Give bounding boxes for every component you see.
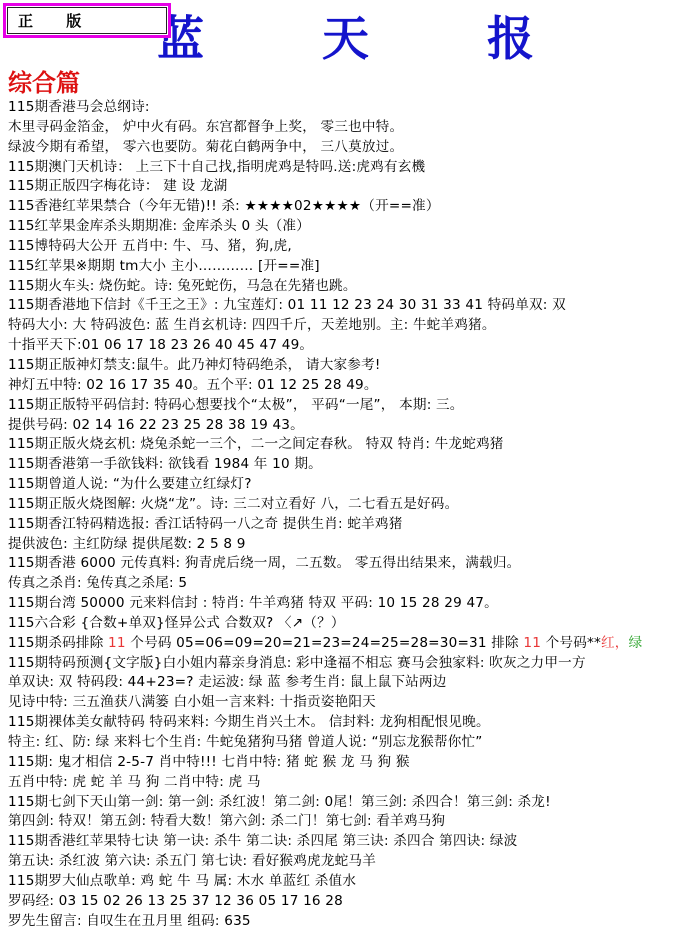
- text-line: 115期香港 6000 元传真料: 狗青虎后绕一周，二五数。 零五得出结果来，满…: [8, 554, 691, 574]
- text-line: 115期正版火烧图解: 火烧“龙”。诗: 三二对立看好 八，二七看五是好码。: [8, 495, 691, 515]
- text-line: 木里寻码金箔金， 炉中火有码。东宫都督争上奖， 零三也中特。: [8, 118, 691, 138]
- text-line: 见诗中特: 三五渔获八满篓 白小姐一言来料: 十指贡姿艳阳天: [8, 693, 691, 713]
- text-line: 115红苹果金库杀头期期准: 金库杀头 0 头（准）: [8, 217, 691, 237]
- edition-badge-label: 正 版: [7, 7, 167, 34]
- text-line: 第五诀: 杀红波 第六诀: 杀五门 第七诀: 看好猴鸡虎龙蛇马羊: [8, 852, 691, 872]
- text-line: 115期台湾 50000 元来料信封 : 特肖: 牛羊鸡猪 特双 平码: 10 …: [8, 594, 691, 614]
- text-line: 115期特码预测{文字版}白小姐内幕亲身消息: 彩中逢福不相忘 赛马会独家料: …: [8, 654, 691, 674]
- text-line: 第四剑: 特双！第五剑: 特看大数！第六剑: 杀二门！第七剑: 看羊鸡马狗: [8, 812, 691, 832]
- text-line: 115期: 鬼才相信 2-5-7 肖中特!!! 七肖中特: 猪 蛇 猴 龙 马 …: [8, 753, 691, 773]
- text-line: 特码大小: 大 特码波色: 蓝 生肖玄机诗: 四四千斤，天差地别。主: 牛蛇羊鸡…: [8, 316, 691, 336]
- text-line: 115博特码大公开 五肖中: 牛、马、猪，狗,虎,: [8, 237, 691, 257]
- text-line: 115期正版火烧玄机: 烧兔杀蛇一三个，二一之间定春秋。 特双 特肖: 牛龙蛇鸡…: [8, 435, 691, 455]
- text-line: 115期七剑下天山第一剑: 第一剑: 杀红波！第二剑: 0尾！第三剑: 杀四合！…: [8, 793, 691, 813]
- text-line: 115红苹果※期期 tm大小 主小………… [开==准]: [8, 257, 691, 277]
- text-line: 115期香港马会总纲诗:: [8, 98, 691, 118]
- text-line: 115期正版四字梅花诗： 建 设 龙湖: [8, 177, 691, 197]
- text-line: 115期香港第一手欲钱料: 欲钱看 1984 年 10 期。: [8, 455, 691, 475]
- text-line: 单双诀: 双 特码段: 44+23=? 走运波: 绿 蓝 参考生肖: 鼠上鼠下站…: [8, 673, 691, 693]
- text-line: 神灯五中特: 02 16 17 35 40。五个平: 01 12 25 28 4…: [8, 376, 691, 396]
- text-line: 115期香江特码精选报: 香江话特码一八之奇 提供生肖: 蛇羊鸡猪: [8, 515, 691, 535]
- text-line: 115香港红苹果禁合（今年无错)!! 杀: ★★★★02★★★★（开==准）: [8, 197, 691, 217]
- text-line: 115期香港地下信封《千王之王》: 九宝莲灯: 01 11 12 23 24 3…: [8, 296, 691, 316]
- text-line: 115期香港红苹果特七诀 第一诀: 杀牛 第二诀: 杀四尾 第三诀: 杀四合 第…: [8, 832, 691, 852]
- text-line: 115期裸体美女献特码 特码来料: 今期生肖兴土木。 信封料: 龙狗相配恨见晚。: [8, 713, 691, 733]
- text-line: 115期罗大仙点歌单: 鸡 蛇 牛 马 属: 木水 单蓝红 杀值水: [8, 872, 691, 892]
- text-line: 115期曾道人说: “为什么要建立红绿灯?: [8, 475, 691, 495]
- text-line: 罗先生留言: 自叹生在丑月里 组码: 635: [8, 912, 691, 932]
- text-line: 115期火车头: 烧伤蛇。诗: 兔死蛇伤，马急在先猪也跳。: [8, 277, 691, 297]
- text-line: 罗码经: 03 15 02 26 13 25 37 12 36 05 17 16…: [8, 892, 691, 912]
- title-char: 天: [322, 14, 369, 66]
- text-line: 提供波色: 主红防绿 提供尾数: 2 5 8 9: [8, 535, 691, 555]
- text-line: 传真之杀肖: 兔传真之杀尾: 5: [8, 574, 691, 594]
- section-heading: 综合篇: [8, 70, 691, 96]
- title-char: 报: [487, 14, 534, 66]
- text-line: 绿波今期有希望， 零六也要防。菊花白鹤两争中， 三八莫放过。: [8, 138, 691, 158]
- text-line: 十指平天下:01 06 17 18 23 26 40 45 47 49。: [8, 336, 691, 356]
- text-line: 115期杀码排除 11 个号码 05=06=09=20=21=23=24=25=…: [8, 634, 691, 654]
- text-line: 115期正版神灯禁支:鼠牛。此乃神灯特码绝杀， 请大家参考!: [8, 356, 691, 376]
- text-line: 提供号码: 02 14 16 22 23 25 28 38 19 43。: [8, 416, 691, 436]
- text-line: 115期正版特平码信封: 特码心想要找个“太极”， 平码“一尾”， 本期: 三。: [8, 396, 691, 416]
- edition-badge: 正 版: [3, 3, 171, 38]
- text-line: 115期澳门天机诗： 上三下十自己找,指明虎鸡是特吗.送:虎鸡有玄機: [8, 158, 691, 178]
- text-line: 五肖中特: 虎 蛇 羊 马 狗 二肖中特: 虎 马: [8, 773, 691, 793]
- content-lines: 115期香港马会总纲诗:木里寻码金箔金， 炉中火有码。东宫都督争上奖， 零三也中…: [8, 98, 691, 931]
- text-line: 115六合彩 {合数+单双}怪异公式 合数双? 〈↗（？）: [8, 614, 691, 634]
- text-line: 特主: 红、防: 绿 来料七个生肖: 牛蛇兔猪狗马猪 曾道人说: “别忘龙猴帮你…: [8, 733, 691, 753]
